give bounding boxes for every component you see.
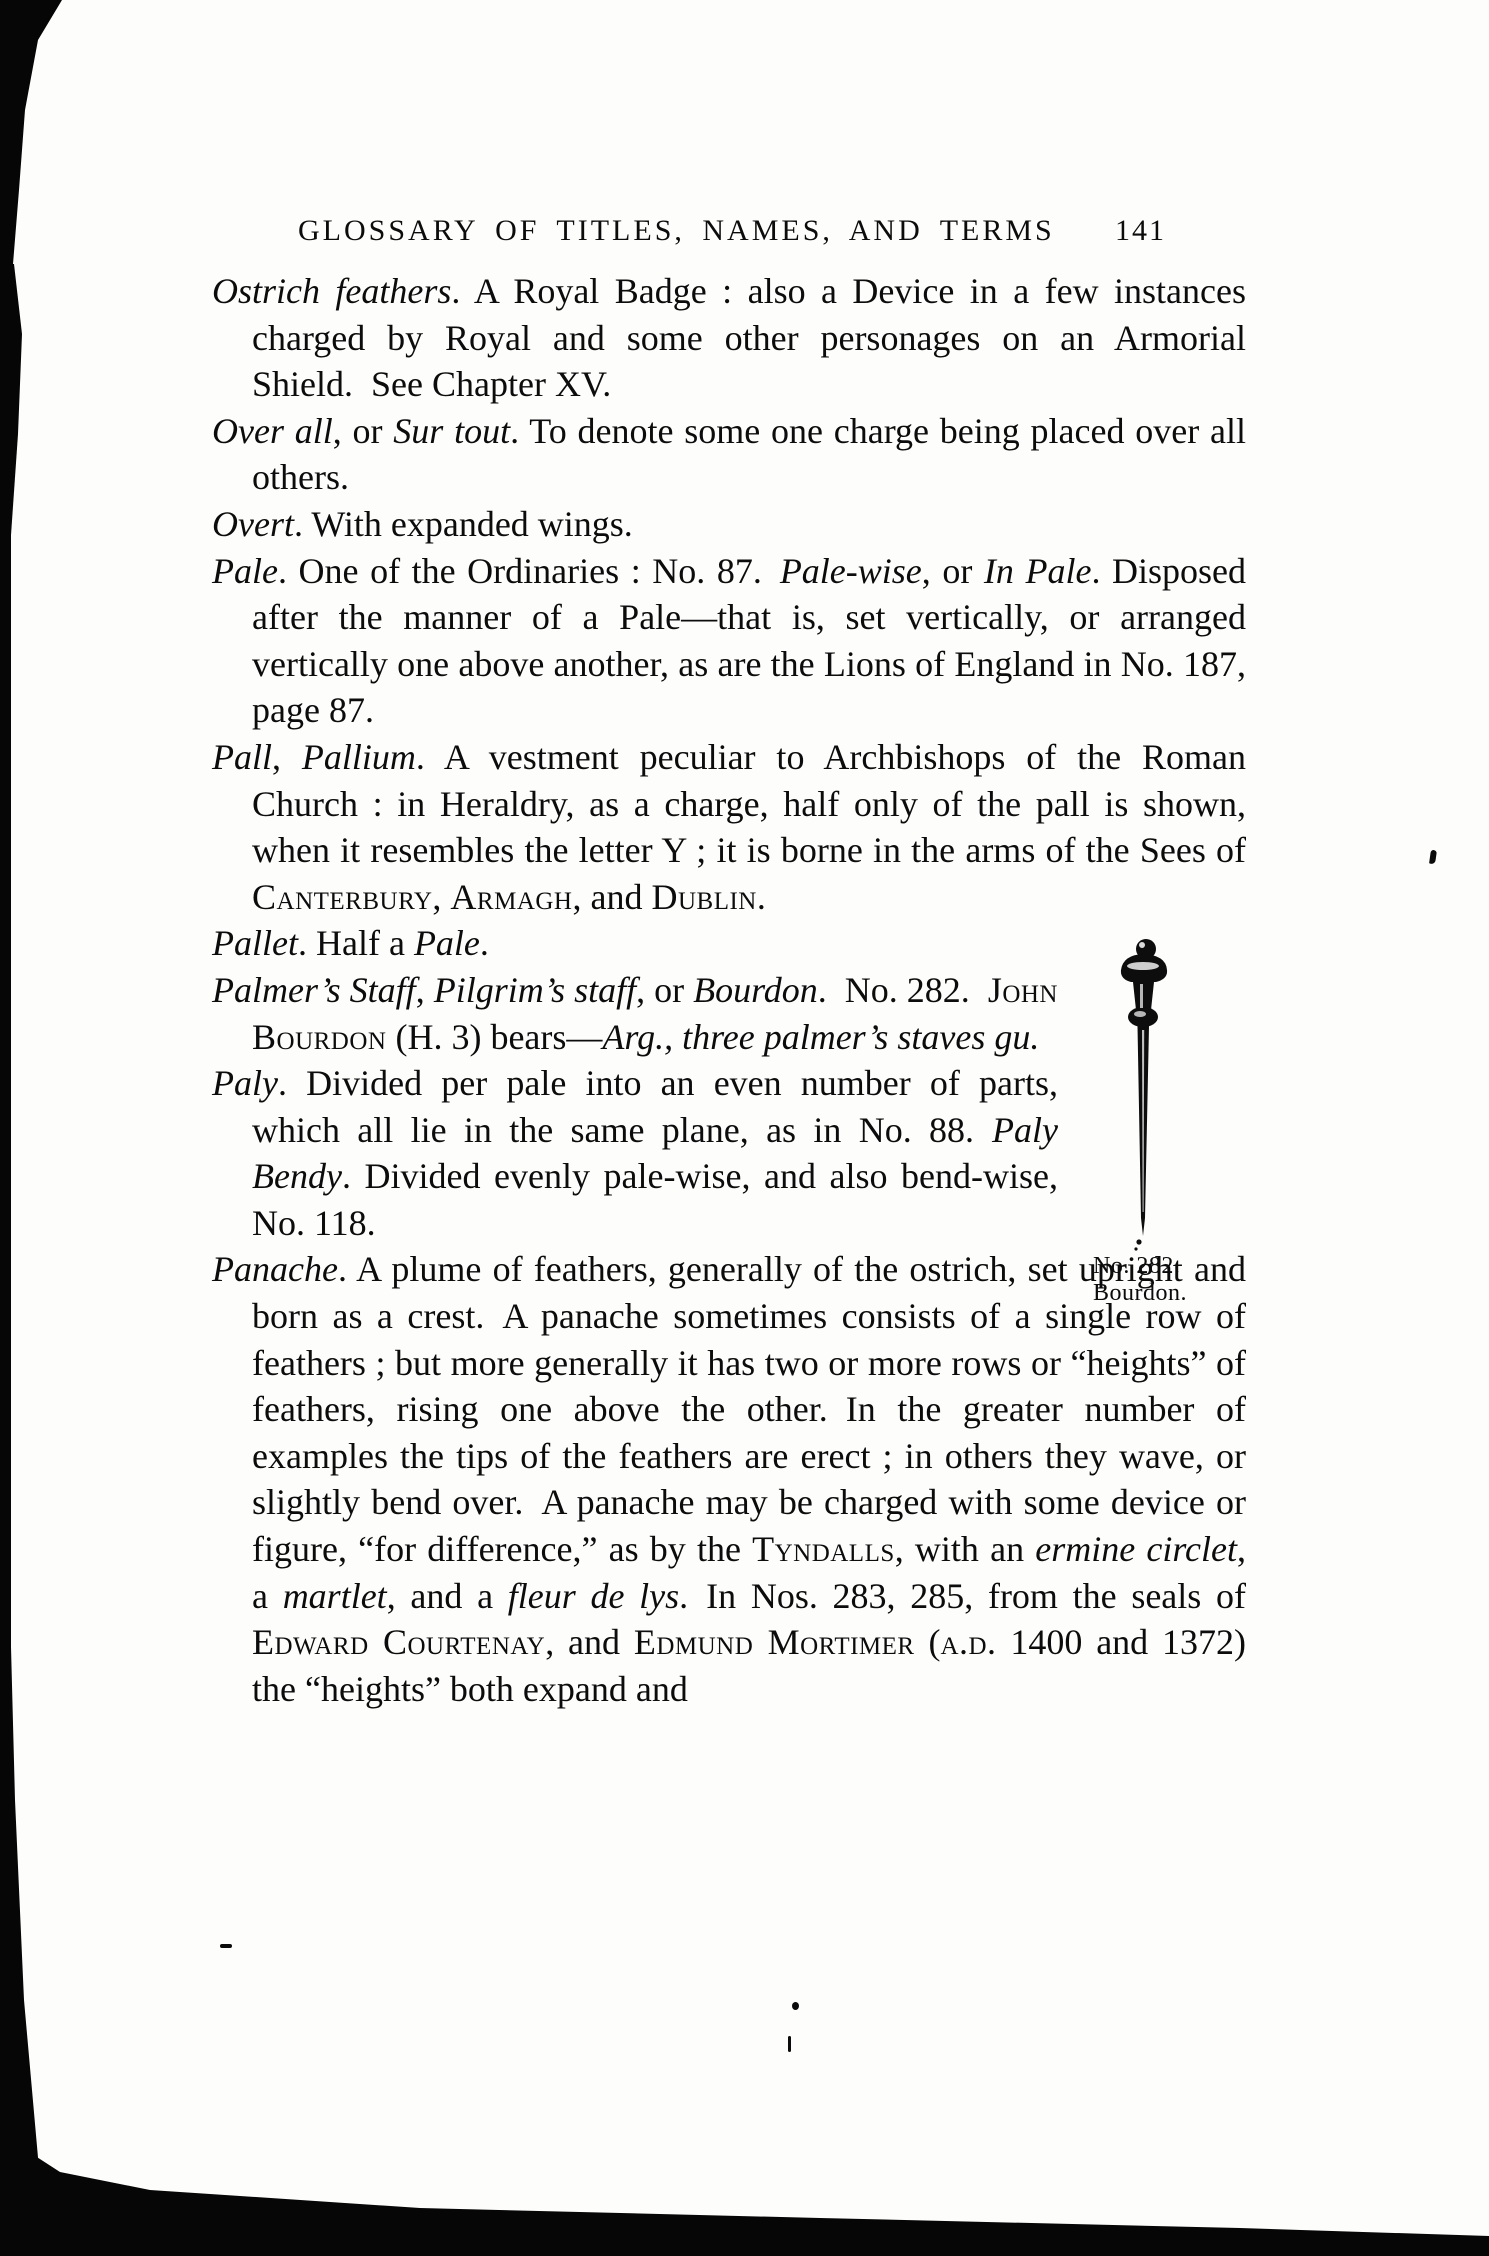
scan-edge-blot-mid	[0, 264, 26, 584]
glossary-entry: Over all, or Sur tout. To denote some on…	[212, 408, 1246, 501]
text-run: Paly	[212, 1063, 278, 1103]
text-run: . Divided per pale into an even number o…	[252, 1063, 1058, 1150]
text-run: (H. 3) bears—	[386, 1017, 602, 1057]
text-run: In Pale	[984, 551, 1092, 591]
text-run: , or	[333, 411, 394, 451]
ink-speck	[220, 1944, 232, 1948]
ink-speck	[788, 2036, 791, 2052]
glossary-entry: Overt. With expanded wings.	[212, 501, 1246, 548]
text-run: , or	[922, 551, 984, 591]
text-run: Over all	[212, 411, 333, 451]
text-run: a.d.	[940, 1622, 996, 1662]
book-page-scan: GLOSSARY OF TITLES, NAMES, AND TERMS 141…	[0, 0, 1489, 2256]
text-run: Panache	[212, 1249, 338, 1289]
text-run: Edward Courtenay	[252, 1622, 545, 1662]
page-header: GLOSSARY OF TITLES, NAMES, AND TERMS 141	[298, 214, 1166, 248]
text-run: . One of the Ordinaries : No. 87.	[278, 551, 780, 591]
figure-caption: No. 282. Bourdon.	[1093, 1253, 1293, 1307]
text-run: Tyndalls	[752, 1529, 895, 1569]
text-run: , and	[573, 877, 652, 917]
text-run: ermine circlet	[1035, 1529, 1237, 1569]
figure-caption-number: No. 282.	[1093, 1253, 1293, 1280]
text-run: Armagh	[450, 877, 572, 917]
text-run: Edmund Mortimer	[634, 1622, 915, 1662]
text-run: Arg., three palmer’s staves gu.	[602, 1017, 1039, 1057]
glossary-entry: Pall, Pallium. A vestment peculiar to Ar…	[212, 734, 1246, 920]
staff-illustration	[1093, 936, 1203, 1261]
entries: Ostrich feathers. A Royal Badge : also a…	[212, 268, 1246, 1712]
text-run: . Half a	[298, 923, 414, 963]
text-run: , with an	[895, 1529, 1035, 1569]
text-run: Sur tout	[393, 411, 510, 451]
text-run: Pallet	[212, 923, 298, 963]
text-run: Pallium	[302, 737, 416, 777]
text-run: Dublin	[651, 877, 756, 917]
text-run: Pall	[212, 737, 272, 777]
ink-speck	[792, 2002, 799, 2010]
glossary-entry: Panache. A plume of feathers, generally …	[212, 1246, 1246, 1712]
page-title: GLOSSARY OF TITLES, NAMES, AND TERMS	[298, 214, 1055, 248]
text-run: Overt	[212, 504, 294, 544]
text-run: . With expanded wings.	[294, 504, 633, 544]
glossary-entry: Ostrich feathers. A Royal Badge : also a…	[212, 268, 1246, 408]
glossary-entry: Pallet. Half a Pale.	[212, 920, 1058, 967]
text-run: fleur de lys	[508, 1576, 679, 1616]
text-run: (	[915, 1622, 941, 1662]
glossary-entry: Pale. One of the Ordinaries : No. 87. Pa…	[212, 548, 1246, 734]
text-run: martlet	[283, 1576, 387, 1616]
scan-bottom-shadow	[0, 2116, 1489, 2256]
text-run: ,	[272, 737, 302, 777]
figure-caption-name: Bourdon.	[1093, 1280, 1293, 1307]
ink-speck	[1429, 850, 1437, 865]
scan-edge-blot-top	[0, 0, 64, 264]
text-run: Pilgrim’s staff	[434, 970, 636, 1010]
text-run: , and	[545, 1622, 634, 1662]
text-run: . In Nos. 283, 285, from the seals of	[679, 1576, 1246, 1616]
text-run: Bourdon	[693, 970, 818, 1010]
text-run: , or	[636, 970, 693, 1010]
text-run: .	[757, 877, 766, 917]
text-run: Canterbury	[252, 877, 432, 917]
text-run: , and a	[387, 1576, 508, 1616]
text-run: Pale	[414, 923, 480, 963]
text-run: .	[480, 923, 489, 963]
text-run: Ostrich feathers	[212, 271, 451, 311]
text-run: Pale-wise	[780, 551, 922, 591]
text-run: . No. 282.	[818, 970, 988, 1010]
text-run: . Divided evenly pale-wise, and also ben…	[252, 1156, 1058, 1243]
page-number: 141	[1115, 214, 1166, 248]
text-run: Palmer’s Staff	[212, 970, 416, 1010]
text-run: ,	[416, 970, 434, 1010]
glossary-entry: Palmer’s Staff, Pilgrim’s staff, or Bour…	[212, 967, 1058, 1060]
text-run: Pale	[212, 551, 278, 591]
bourdon-staff-figure	[1093, 936, 1203, 1261]
text-run: ,	[432, 877, 450, 917]
glossary-entry: Paly. Divided per pale into an even numb…	[212, 1060, 1058, 1246]
